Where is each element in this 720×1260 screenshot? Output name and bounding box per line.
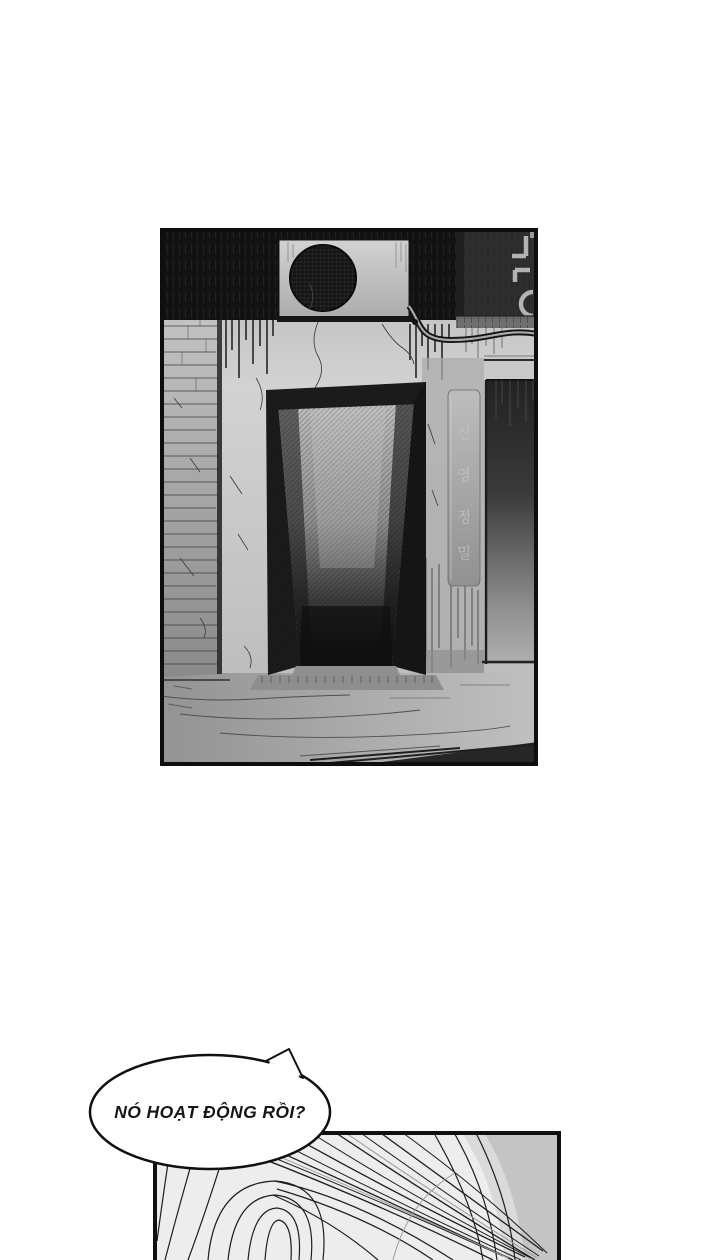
door-threshold [292, 666, 400, 675]
vertical-signboard: 신 영 정 밀 [448, 390, 480, 586]
entrance-panel: 신 영 정 밀 [160, 228, 538, 766]
speech-bubble: NÓ HOẠT ĐỘNG RỒI? [82, 1038, 338, 1178]
sign-char-2: 영 [457, 466, 472, 484]
doorway [266, 382, 426, 675]
comic-page: 신 영 정 밀 [0, 0, 720, 1260]
sign-char-4: 밀 [457, 544, 472, 562]
vent-box [277, 240, 413, 322]
bubble-text: NÓ HOẠT ĐỘNG RỒI? [114, 1101, 306, 1122]
plank-siding-wall [160, 273, 222, 677]
entrance-step [250, 675, 444, 690]
sign-char-1: 신 [457, 424, 472, 442]
window-recess [482, 356, 538, 664]
sign-char-3: 정 [457, 508, 472, 526]
